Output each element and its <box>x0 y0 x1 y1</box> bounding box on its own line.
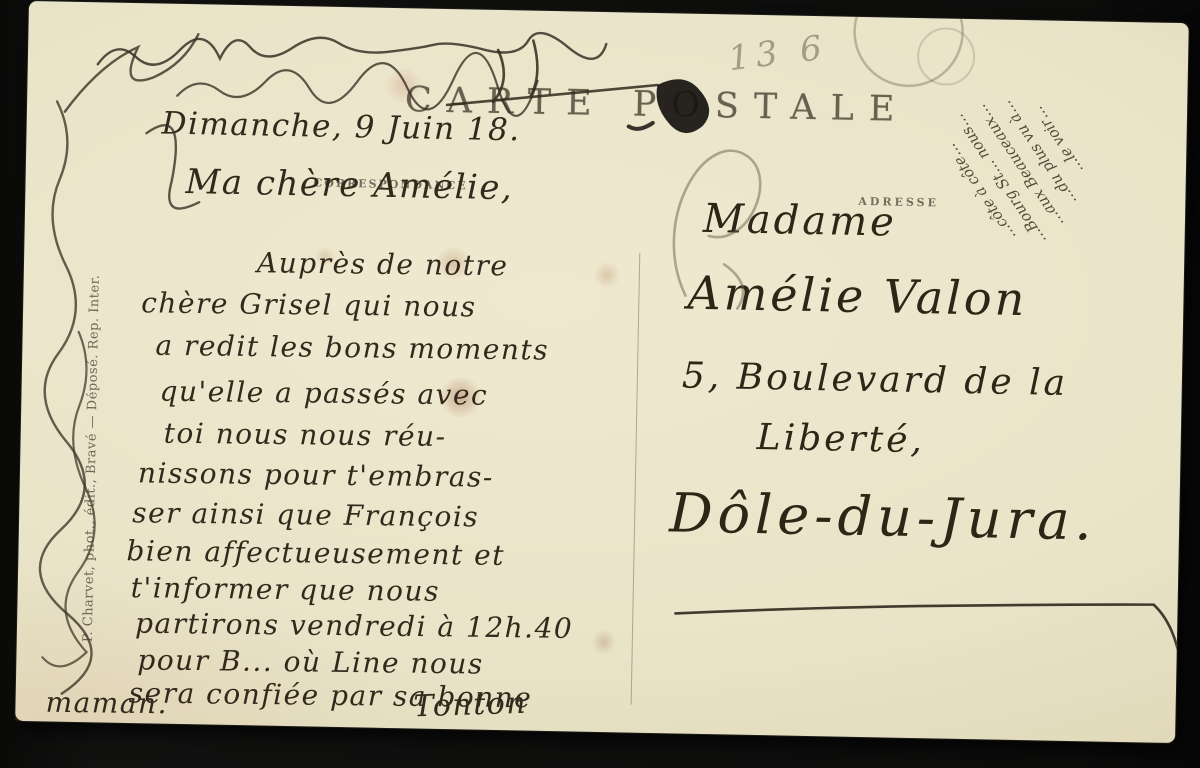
message-date: Dimanche, 9 Juin 18. <box>161 106 521 149</box>
message-line: Auprès de notre <box>257 246 509 282</box>
message-salutation: Ma chère Amélie, <box>185 162 513 208</box>
publisher-imprint: P. Charvet, phot., édit., Bravé — Déposé… <box>81 137 106 642</box>
address-line: Liberté, <box>756 417 925 461</box>
message-line: maman. <box>45 686 168 720</box>
illegible-scrawl-top <box>98 25 607 74</box>
message-line: ser ainsi que François <box>132 496 479 533</box>
message-line: toi nous nous réu- <box>164 417 447 453</box>
center-divider-line <box>631 253 641 705</box>
message-line: qu'elle a passés avec <box>159 375 488 412</box>
address-line: 5, Boulevard de la <box>682 356 1069 404</box>
address-line: Amélie Valon <box>687 266 1028 327</box>
message-line: bien affectueusement et <box>126 534 505 572</box>
postcard: CARTE POSTALE CORRESPONDANCE ADRESSE P. … <box>15 1 1189 743</box>
signature-flourish <box>675 595 1180 653</box>
message-line: partirons vendredi à 12h.40 <box>135 607 573 645</box>
address-line: Dôle-du-Jura. <box>669 481 1098 552</box>
address-line: Madame <box>703 196 898 246</box>
message-signature: Tonton <box>413 686 528 725</box>
message-line: pour B... où Line nous <box>137 643 484 680</box>
stain <box>592 262 622 289</box>
pencil-number: 13 6 <box>726 27 830 79</box>
message-line: chère Grisel qui nous <box>141 286 477 323</box>
message-line: t'informer que nous <box>131 571 441 608</box>
diagonal-marginalia: …côte à côte… …Bourg St… nous… …aux Beau… <box>902 0 1200 302</box>
stain <box>591 630 617 654</box>
message-line: a redit les bons moments <box>155 329 549 367</box>
message-line: nissons pour t'embras- <box>138 456 494 493</box>
